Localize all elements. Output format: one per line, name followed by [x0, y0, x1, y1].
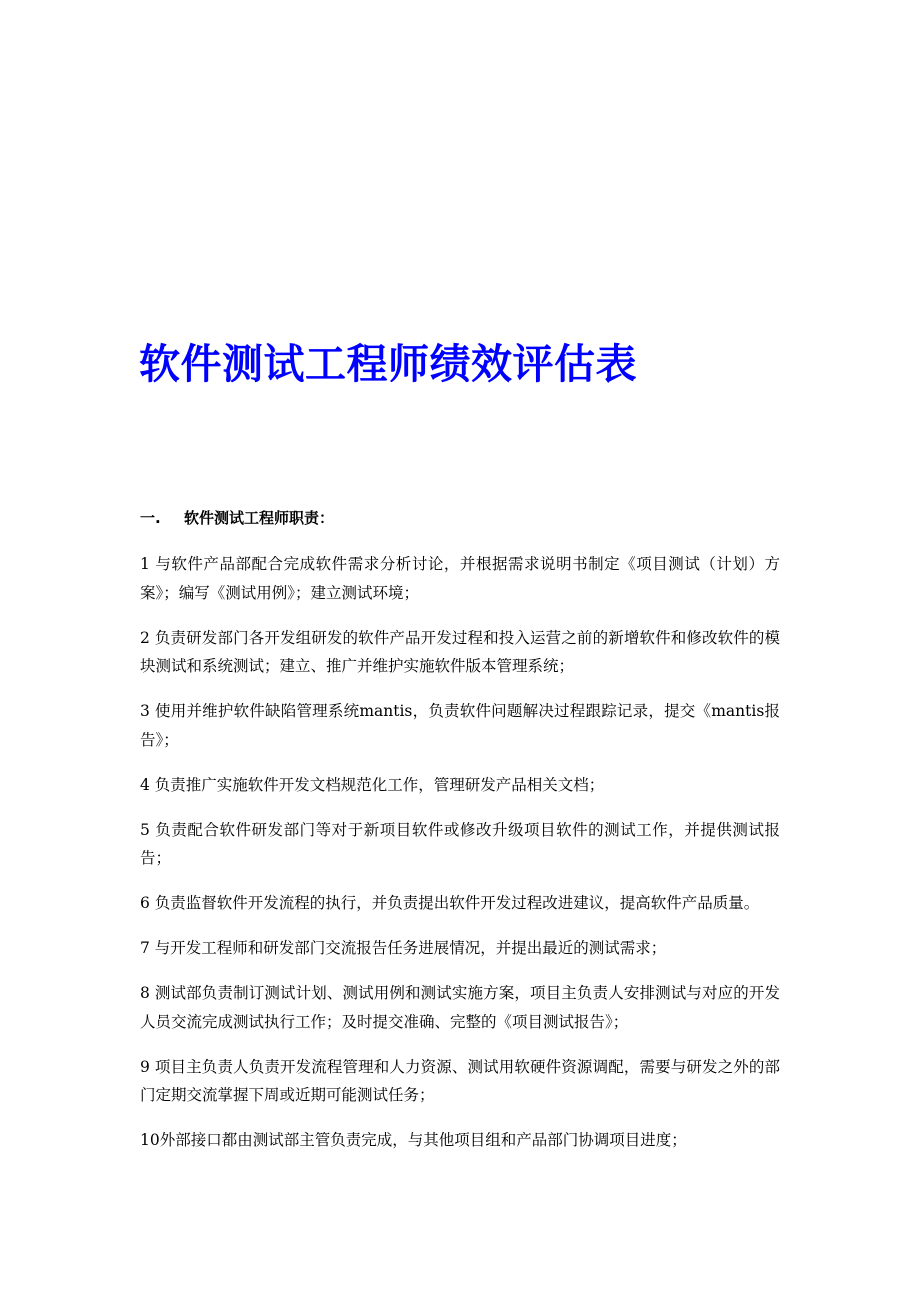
duty-item-4: 4 负责推广实施软件开发文档规范化工作，管理研发产品相关文档；	[140, 771, 780, 800]
duty-item-5: 5 负责配合软件研发部门等对于新项目软件或修改升级项目软件的测试工作，并提供测试…	[140, 816, 780, 873]
document-title: 软件测试工程师绩效评估表	[139, 334, 637, 394]
section-heading-text: 软件测试工程师职责：	[184, 509, 334, 527]
duty-item-9: 9 项目主负责人负责开发流程管理和人力资源、测试用软硬件资源调配，需要与研发之外…	[140, 1053, 780, 1110]
duty-item-3: 3 使用并维护软件缺陷管理系统mantis，负责软件问题解决过程跟踪记录，提交《…	[140, 697, 780, 754]
duty-item-6: 6 负责监督软件开发流程的执行，并负责提出软件开发过程改进建议，提高软件产品质量…	[140, 889, 780, 918]
document-page: 软件测试工程师绩效评估表 一.软件测试工程师职责： 1 与软件产品部配合完成软件…	[0, 0, 920, 1302]
duty-item-7: 7 与开发工程师和研发部门交流报告任务进展情况，并提出最近的测试需求；	[140, 934, 780, 963]
duty-item-8: 8 测试部负责制订测试计划、测试用例和测试实施方案，项目主负责人安排测试与对应的…	[140, 979, 780, 1036]
section-number: 一.	[140, 506, 184, 530]
duties-list: 1 与软件产品部配合完成软件需求分析讨论，并根据需求说明书制定《项目测试（计划）…	[140, 550, 780, 1171]
duty-item-1: 1 与软件产品部配合完成软件需求分析讨论，并根据需求说明书制定《项目测试（计划）…	[140, 550, 780, 607]
duty-item-2: 2 负责研发部门各开发组研发的软件产品开发过程和投入运营之前的新增软件和修改软件…	[140, 624, 780, 681]
duty-item-10: 10外部接口都由测试部主管负责完成，与其他项目组和产品部门协调项目进度；	[140, 1126, 780, 1155]
section-heading: 一.软件测试工程师职责：	[140, 506, 334, 530]
